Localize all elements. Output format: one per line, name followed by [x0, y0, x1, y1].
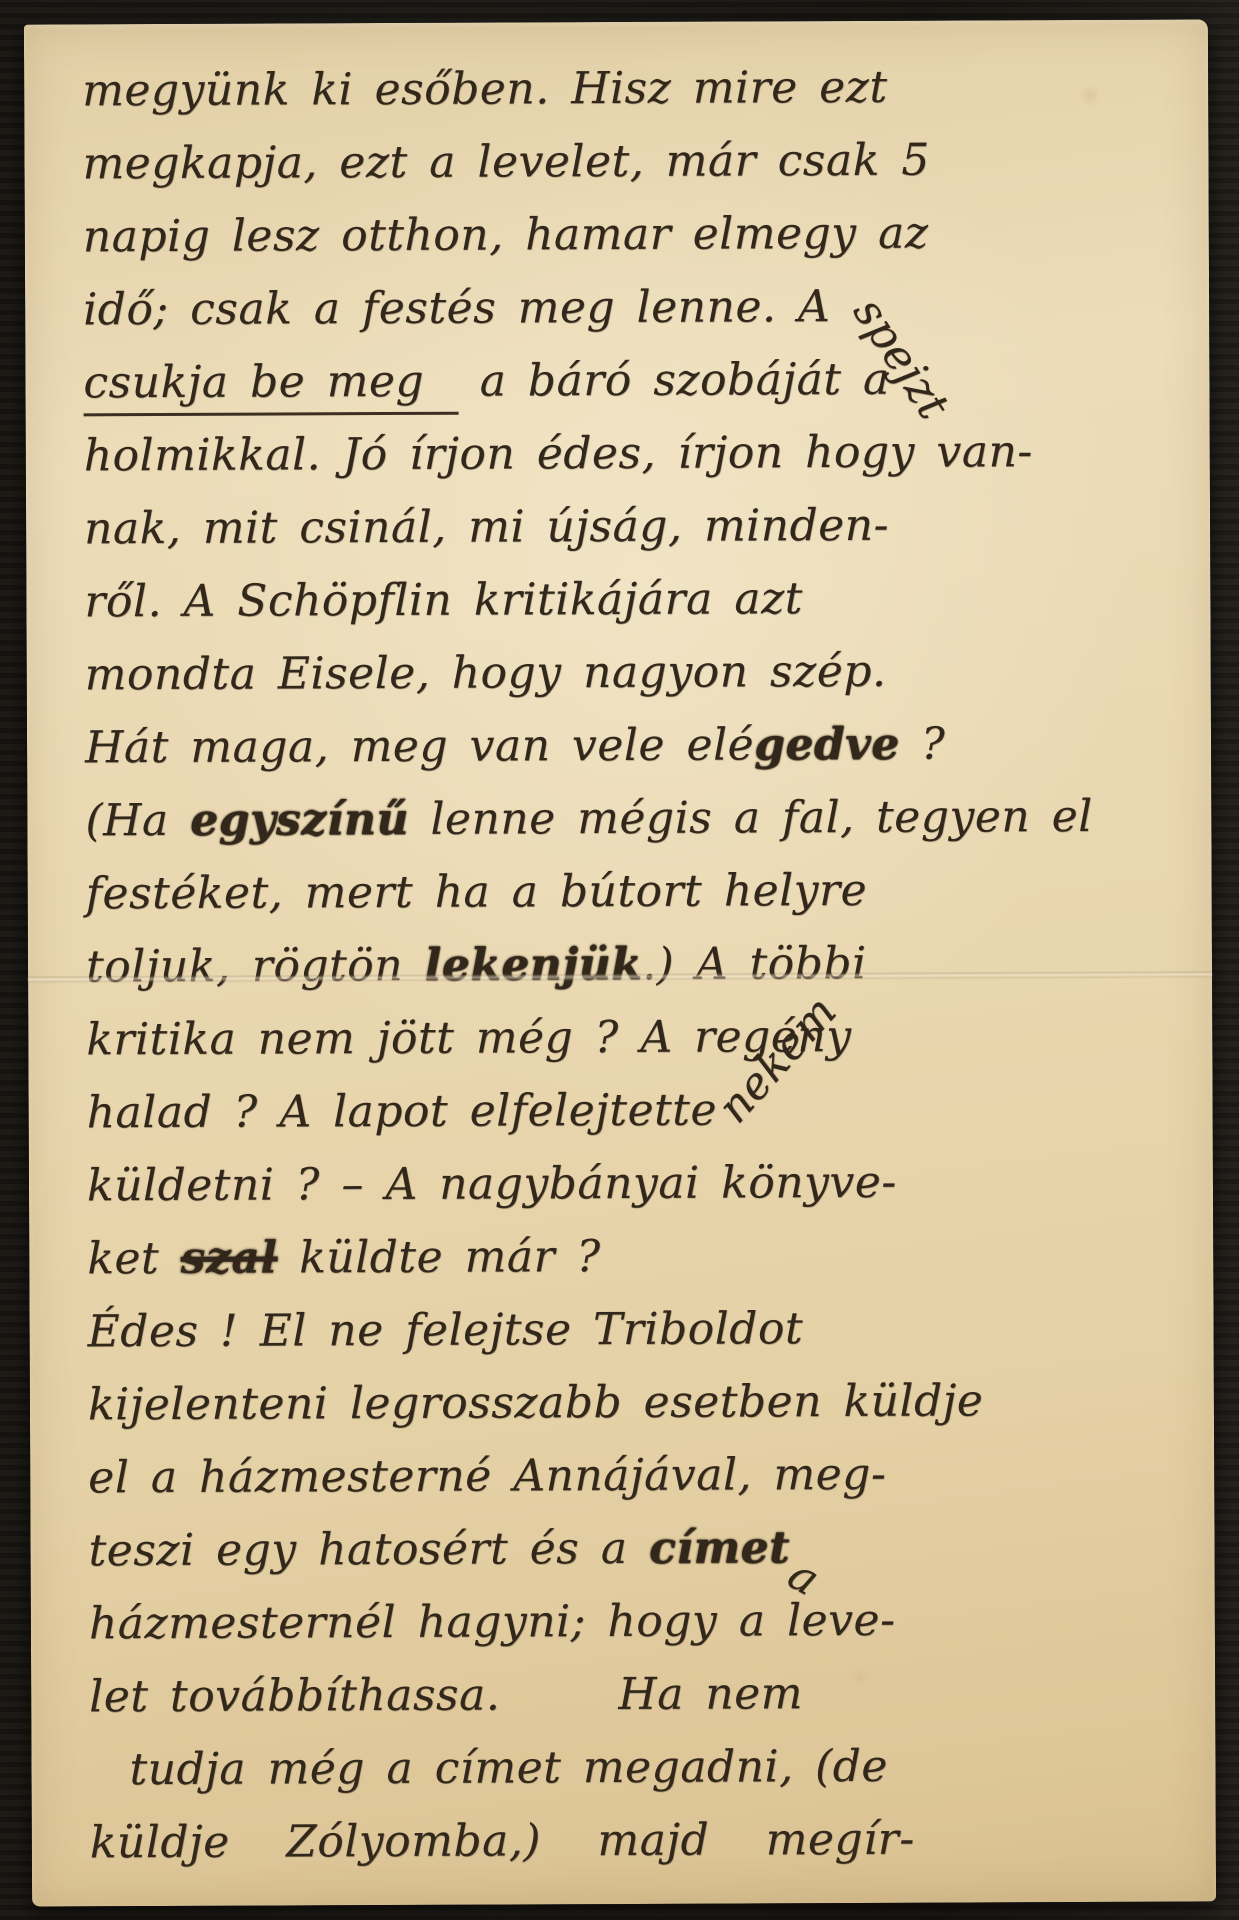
- text-segment: a báró szobáját a: [458, 354, 890, 407]
- handwritten-line: toljuk, rögtön lekenjük.) A többi: [86, 926, 1186, 1004]
- handwritten-line: Hát maga, meg van vele elégedve ?: [85, 707, 1185, 785]
- handwritten-line: mondta Eisele, hogy nagyon szép.: [85, 634, 1185, 712]
- text-segment: mondta Eisele, hogy nagyon szép.: [85, 646, 887, 700]
- handwritten-line: halad ? A lapot elfelejtette nekem: [86, 1072, 1186, 1150]
- handwritten-line: teszi egy hatosért és a címeta: [88, 1510, 1188, 1588]
- text-segment: .) A többi: [642, 938, 867, 990]
- text-segment: Ha nem: [618, 1668, 803, 1720]
- text-segment: (Ha: [85, 795, 190, 846]
- text-segment: lenne mégis a fal, tegyen el: [409, 791, 1093, 845]
- text-segment: ről. A Schöpflin kritikájára azt: [84, 573, 803, 627]
- text-segment: let továbbíthassa.: [89, 1670, 500, 1723]
- text-segment: küldetni ? – A nagybányai könyve-: [87, 1157, 897, 1212]
- underlined-phrase: csukja be meg: [83, 356, 458, 417]
- text-segment: festéket, mert ha a bútort helyre: [86, 865, 868, 919]
- text-segment: tudja még a címet megadni, (de: [129, 1730, 888, 1806]
- inkblot-word: gedve: [754, 719, 900, 771]
- handwritten-line: ről. A Schöpflin kritikájára azt: [84, 561, 1184, 639]
- handwritten-line: festéket, mert ha a bútort helyre: [86, 853, 1186, 931]
- text-segment: ?: [900, 719, 946, 770]
- text-segment: Hát maga, meg van vele elé: [85, 719, 754, 773]
- handwritten-line: csukja be meg a báró szobáját a: [83, 342, 1183, 420]
- letter-page: megyünk ki esőben. Hisz mire ezt megkapj…: [24, 19, 1216, 1906]
- text-segment: holmikkal. Jó írjon édes, írjon hogy van…: [84, 426, 1033, 481]
- handwritten-line: tudja még a címet megadni, (de: [89, 1729, 1189, 1807]
- text-segment: ket: [87, 1233, 181, 1284]
- handwritten-line: el a házmesterné Annájával, meg-: [88, 1437, 1188, 1515]
- handwritten-line: nak, mit csinál, mi újság, minden-: [84, 488, 1184, 566]
- handwritten-line: megyünk ki esőben. Hisz mire ezt: [82, 50, 1182, 128]
- text-segment: el a házmesterné Annájával, meg-: [88, 1449, 886, 1503]
- handwritten-line: kritika nem jött még ? A regény: [86, 999, 1186, 1077]
- photo-background: megyünk ki esőben. Hisz mire ezt megkapj…: [0, 0, 1239, 1920]
- text-segment: megyünk ki esőben. Hisz mire ezt: [82, 62, 888, 117]
- text-segment: házmesternél hagyni; hogy a leve-: [89, 1595, 896, 1650]
- text-segment: megkapja, ezt a levelet, már csak 5: [82, 135, 930, 190]
- text-segment: nak, mit csinál, mi újság, minden-: [84, 500, 889, 555]
- text-segment: Édes ! El ne felejtse Triboldot: [87, 1303, 803, 1357]
- handwritten-line: házmesternél hagyni; hogy a leve-: [89, 1583, 1189, 1661]
- text-segment: küldte már ?: [278, 1231, 601, 1283]
- struck-word: szal: [181, 1232, 278, 1283]
- handwritten-line: holmikkal. Jó írjon édes, írjon hogy van…: [84, 415, 1184, 493]
- text-segment: halad ? A lapot elfelejtette: [87, 1084, 739, 1138]
- text-segment: teszi egy hatosért és a: [88, 1523, 649, 1576]
- inkblot-word: lekenjük: [424, 939, 642, 991]
- text-segment: napig lesz otthon, hamar elmegy az: [83, 208, 929, 263]
- handwritten-line: (Ha egyszínű lenne mégis a fal, tegyen e…: [85, 780, 1185, 858]
- handwritten-line: megkapja, ezt a levelet, már csak 5: [82, 123, 1182, 201]
- handwritten-line: küldetni ? – A nagybányai könyve-: [87, 1145, 1187, 1223]
- handwritten-line: napig lesz otthon, hamar elmegy az: [83, 196, 1183, 274]
- handwritten-line: idő; csak a festés meg lenne. A spejzt: [83, 269, 1183, 347]
- handwritten-line: küldje Zólyomba,) majd megír-: [90, 1802, 1190, 1880]
- text-segment: idő; csak a festés meg lenne. A: [83, 281, 852, 335]
- handwritten-line: let továbbíthassa.Ha nem: [89, 1656, 1189, 1734]
- inkblot-word: egyszínű: [190, 794, 409, 846]
- text-segment: küldje Zólyomba,) majd megír-: [90, 1814, 915, 1869]
- handwritten-line: ket szal küldte már ?: [87, 1218, 1187, 1296]
- text-segment: kijelenteni legrosszabb esetben küldje: [88, 1375, 984, 1430]
- handwritten-line: kijelenteni legrosszabb esetben küldje: [88, 1364, 1188, 1442]
- text-segment: toljuk, rögtön: [86, 940, 425, 992]
- handwritten-line: Édes ! El ne felejtse Triboldot: [87, 1291, 1187, 1369]
- letter-text: megyünk ki esőben. Hisz mire ezt megkapj…: [82, 50, 1190, 1880]
- inkblot-word: címet: [649, 1522, 790, 1574]
